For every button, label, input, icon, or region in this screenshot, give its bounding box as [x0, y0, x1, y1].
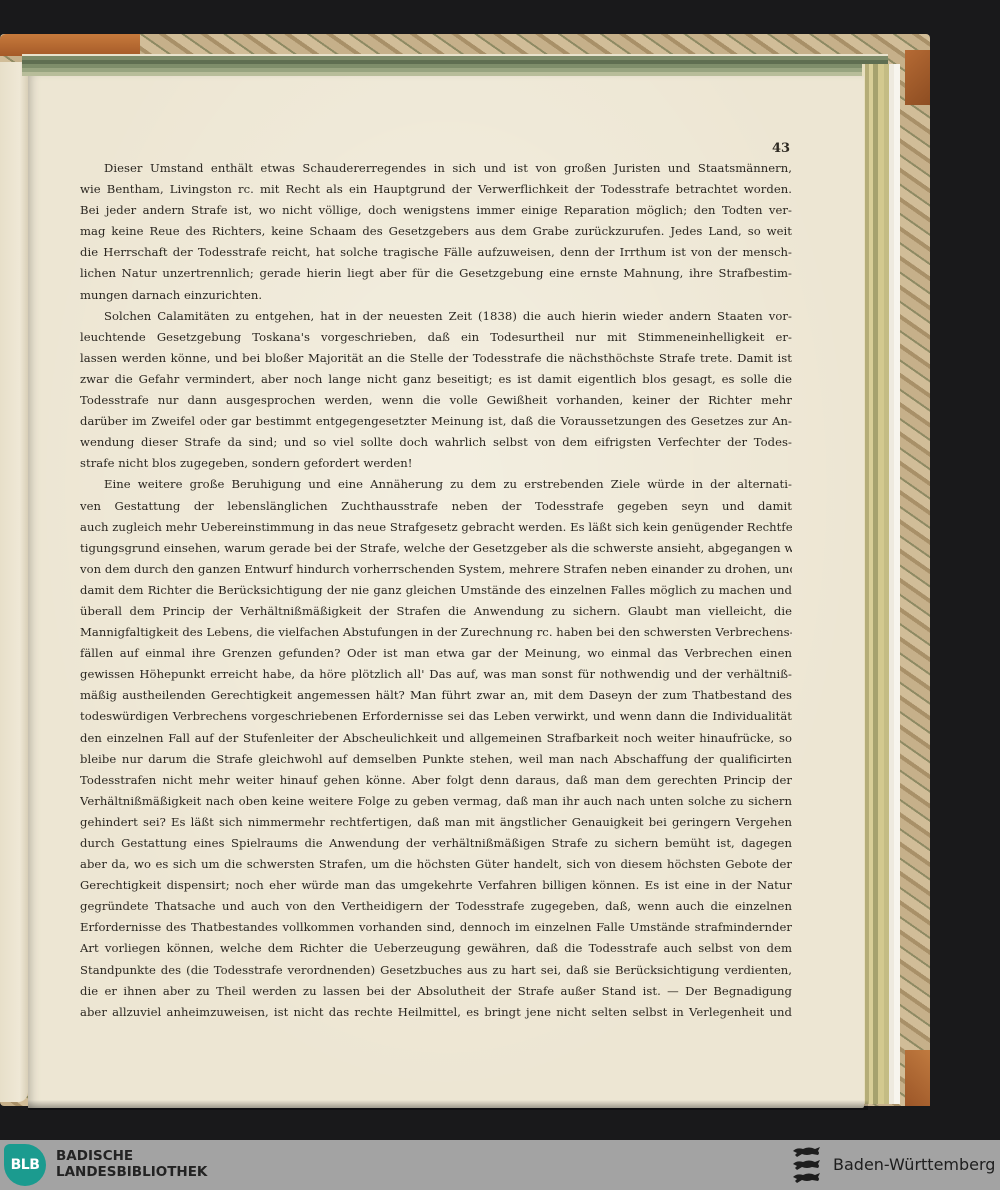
- text-line: gewissen Höhepunkt erreicht habe, da hör…: [80, 664, 792, 685]
- blb-name-line2: LANDESBIBLIOTHEK: [56, 1164, 207, 1180]
- baden-wuerttemberg-logo-text[interactable]: Baden-Württemberg: [833, 1155, 995, 1174]
- text-line: gehindert sei? Es läßt sich nimmermehr r…: [80, 812, 792, 833]
- leather-corner-top-left: [0, 34, 140, 56]
- text-line: überall dem Princip der Verhältnißmäßigk…: [80, 601, 792, 622]
- text-line: Standpunkte des (die Todesstrafe verordn…: [80, 960, 792, 981]
- three-lions-coat-of-arms-icon[interactable]: [790, 1145, 824, 1185]
- text-line: mäßig austheilenden Gerechtigkeit angeme…: [80, 685, 792, 706]
- text-line: Solchen Calamitäten zu entgehen, hat in …: [80, 306, 792, 327]
- text-line: Eine weitere große Beruhigung und eine A…: [80, 474, 792, 495]
- top-page-edges: [22, 54, 888, 76]
- text-line: Art vorliegen können, welche dem Richter…: [80, 938, 792, 959]
- leather-corner-bottom-right: [905, 1050, 930, 1106]
- text-line: bleibe nur darum die Strafe gleichwohl a…: [80, 749, 792, 770]
- page-shadow: [28, 1100, 868, 1110]
- right-page-edges: [862, 64, 900, 1104]
- verso-page-edge: [0, 62, 28, 1102]
- text-line: Todesstrafen nicht mehr weiter hinauf ge…: [80, 770, 792, 791]
- text-line: Todesstrafe nur dann ausgesprochen werde…: [80, 390, 792, 411]
- text-line: tigungsgrund einsehen, warum gerade bei …: [80, 538, 792, 559]
- text-line: Gerechtigkeit dispensirt; noch eher würd…: [80, 875, 792, 896]
- text-line: lichen Natur unzertrennlich; gerade hier…: [80, 263, 792, 284]
- text-line: gegründete Thatsache und auch von den Ve…: [80, 896, 792, 917]
- text-line: die er ihnen aber zu Theil werden zu las…: [80, 981, 792, 1002]
- book-scan: 43 Dieser Umstand enthält etwas Schauder…: [0, 0, 1000, 1140]
- text-line: damit dem Richter die Berücksichtigung d…: [80, 580, 792, 601]
- text-line: Mannigfaltigkeit des Lebens, die vielfac…: [80, 622, 792, 643]
- text-line: leuchtende Gesetzgebung Toskana's vorges…: [80, 327, 792, 348]
- text-line: auch zugleich mehr Uebereinstimmung in d…: [80, 517, 792, 538]
- text-line: lassen werden könne, und bei bloßer Majo…: [80, 348, 792, 369]
- text-line: aber allzuviel anheimzuweisen, ist nicht…: [80, 1002, 792, 1023]
- text-line: von dem durch den ganzen Entwurf hindurc…: [80, 559, 792, 580]
- footer-bar: BLB BADISCHE LANDESBIBLIOTHEK Baden-Würt…: [0, 1140, 1000, 1190]
- blb-logo-badge[interactable]: BLB: [4, 1144, 46, 1186]
- text-line: durch Gestattung eines Spielraums die An…: [80, 833, 792, 854]
- text-line: ven Gestattung der lebenslänglichen Zuch…: [80, 496, 792, 517]
- blb-logo-text[interactable]: BADISCHE LANDESBIBLIOTHEK: [56, 1148, 207, 1180]
- text-line: die Herrschaft der Todesstrafe reicht, h…: [80, 242, 792, 263]
- page-number: 43: [772, 141, 790, 156]
- text-line: strafe nicht blos zugegeben, sondern gef…: [80, 453, 792, 474]
- text-line: wendung dieser Strafe da sind; und so vi…: [80, 432, 792, 453]
- blb-name-line1: BADISCHE: [56, 1148, 207, 1164]
- text-line: wie Bentham, Livingston rc. mit Recht al…: [80, 179, 792, 200]
- text-line: todeswürdigen Verbrechens vorgeschrieben…: [80, 706, 792, 727]
- page-body-text: Dieser Umstand enthält etwas Schaudererr…: [80, 158, 792, 1023]
- text-line: Dieser Umstand enthält etwas Schaudererr…: [80, 158, 792, 179]
- text-line: mungen darnach einzurichten.: [80, 285, 792, 306]
- text-line: mag keine Reue des Richters, keine Schaa…: [80, 221, 792, 242]
- text-line: darüber im Zweifel oder gar bestimmt ent…: [80, 411, 792, 432]
- text-line: Bei jeder andern Strafe ist, wo nicht vö…: [80, 200, 792, 221]
- text-line: zwar die Gefahr vermindert, aber noch la…: [80, 369, 792, 390]
- text-line: Erfordernisse des Thatbestandes vollkomm…: [80, 917, 792, 938]
- text-line: fällen auf einmal ihre Grenzen gefunden?…: [80, 643, 792, 664]
- leather-corner-top-right: [905, 50, 930, 105]
- text-line: den einzelnen Fall auf der Stufenleiter …: [80, 728, 792, 749]
- text-line: Verhältnißmäßigkeit nach oben keine weit…: [80, 791, 792, 812]
- text-line: aber da, wo es sich um die schwersten St…: [80, 854, 792, 875]
